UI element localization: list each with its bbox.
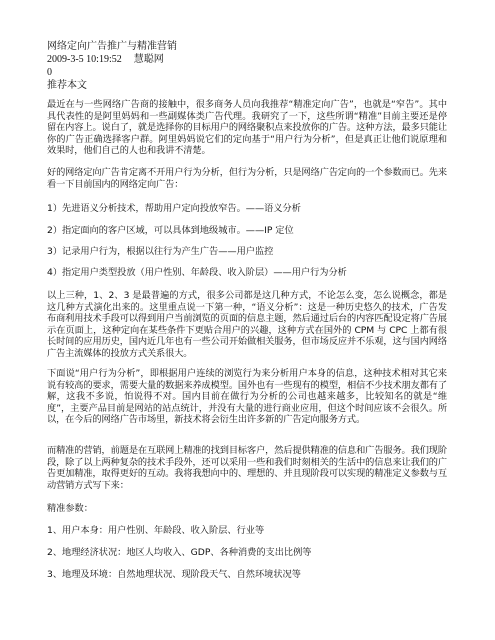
list-item: 2）指定面向的客户区域，可以具体到地级城市。——IP 定位 (47, 225, 294, 237)
list-item: 1）先进语义分析技术，帮助用户定向投放窄告。——语义分析 (47, 203, 301, 215)
list-item: 4）指定用户类型投放（用户性别、年龄段、收入阶层）——用户行为分析 (47, 267, 347, 279)
paragraph-2: 好的网络定向广告肯定离不开用户行为分析，但行为分析，只是网络广告定向的一个参数而… (47, 167, 447, 190)
param-item: 2、地理经济状况：地区人均收入、GDP、各种消费的支出比例等 (47, 547, 311, 559)
paragraph-1: 最近在与一些网络广告商的接触中，很多商务人员向我推荐“精准定向广告”，也就是“窄… (47, 99, 447, 157)
recommend-link[interactable]: 推荐本文 (47, 80, 87, 92)
param-item: 3、地理及环境：自然地理状况、现阶段天气、自然环境状况等 (47, 569, 301, 581)
article-meta: 2009-3-5 10:19:52慧聪网 (47, 54, 164, 66)
list-item: 3）记录用户行为，根据以往行为产生广告——用户监控 (47, 246, 273, 258)
article-title: 网络定向广告推广与精准营销 (47, 41, 177, 53)
params-heading: 精准参数： (47, 503, 93, 515)
article-source: 慧聪网 (134, 54, 164, 65)
article-date: 2009-3-5 10:19:52 (47, 54, 122, 65)
paragraph-4: 下面说“用户行为分析”，即根据用户连续的浏览行为来分析用户本身的信息，这种技术相… (47, 368, 447, 426)
paragraph-5: 而精准的营销，前题是在互联网上精准的找到目标客户，然后提供精准的信息和广告服务。… (47, 445, 447, 491)
comment-count: 0 (47, 67, 52, 79)
param-item: 1、用户本身：用户性别、年龄段、收入阶层、行业等 (47, 525, 264, 537)
paragraph-3: 以上三种，1、2、3 是最普遍的方式，很多公司都是这几种方式，不论怎么变，怎么说… (47, 290, 447, 360)
